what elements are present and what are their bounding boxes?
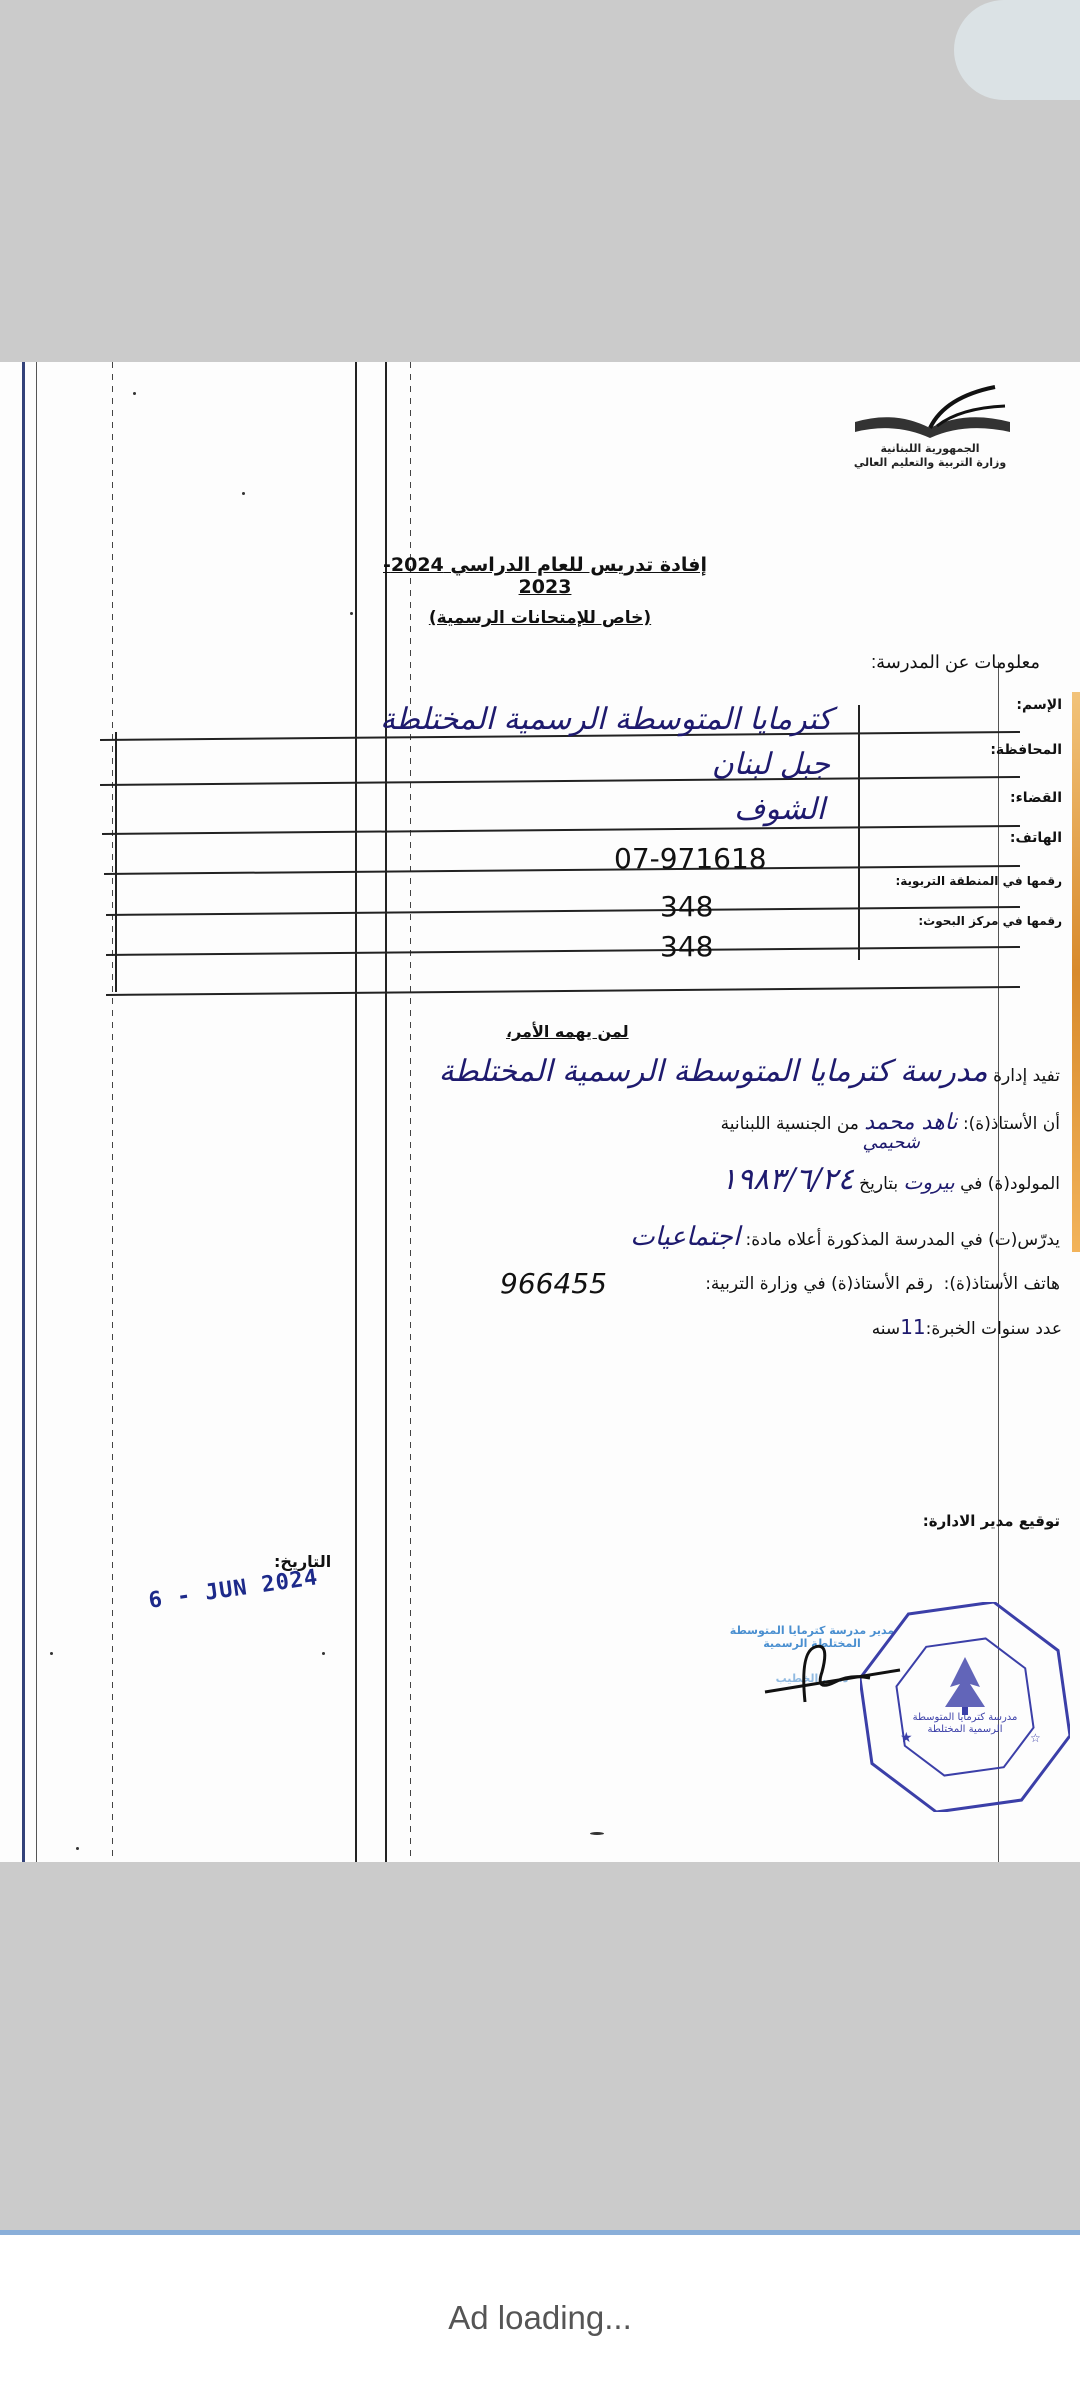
- statement-line-4: يدرّس(ت) في المدرسة المذكورة أعلاه مادة:…: [630, 1222, 1060, 1252]
- statement-line-6: عدد سنوات الخبرة:11سنه: [872, 1315, 1062, 1339]
- table-line: [104, 865, 1020, 875]
- hw-teacher-surname: شحيمي: [862, 1132, 920, 1153]
- open-book-icon: [845, 382, 1015, 442]
- cedar-icon: [945, 1657, 985, 1707]
- to-whom-heading: لمن يهمه الأمر،: [506, 1022, 629, 1041]
- document-subtitle: (خاص للإمتحانات الرسمية): [410, 608, 670, 628]
- stamp-inner-text: مدرسة كترمايا المتوسطة الرسمية المختلطة: [900, 1712, 1030, 1736]
- value-research-center-no: 348: [660, 930, 713, 963]
- hw-subject: اجتماعيات: [630, 1222, 740, 1252]
- value-governorate: جبل لبنان: [712, 747, 830, 782]
- scanned-document: الجمهورية اللبنانية وزارة التربية والتعل…: [0, 362, 1080, 1862]
- signature-label: توقيع مدير الادارة:: [923, 1512, 1060, 1530]
- table-line: [106, 986, 1020, 996]
- value-phone: 07-971618: [614, 842, 767, 875]
- table-divider: [858, 705, 860, 960]
- label-name: الإسم:: [1016, 697, 1062, 713]
- floating-control-pill[interactable]: [954, 0, 1080, 100]
- svg-text:☆: ☆: [1030, 1731, 1041, 1745]
- page-edge-strip: [1072, 692, 1080, 1252]
- label-phone: الهاتف:: [1010, 830, 1062, 846]
- scan-line: [112, 362, 113, 1862]
- value-district: الشوف: [734, 792, 825, 827]
- scan-line: [22, 362, 25, 1862]
- label-research-center-no: رقمها في مركز البحوث:: [918, 914, 1062, 928]
- ad-loading-text: Ad loading...: [448, 2299, 631, 2337]
- table-line: [100, 776, 1020, 786]
- table-line: [106, 946, 1020, 956]
- label-district: القضاء:: [1010, 790, 1062, 806]
- scan-line: [36, 362, 37, 1862]
- value-school-name: كترمايا المتوسطة الرسمية المختلطة: [380, 702, 832, 737]
- ministry-line2: وزارة التربية والتعليم العالي: [840, 456, 1020, 470]
- ad-banner[interactable]: Ad loading...: [0, 2235, 1080, 2400]
- statement-line-5: هاتف الأستاذ(ة): رقم الأستاذ(ة) في وزارة…: [705, 1274, 1060, 1294]
- ministry-logo: الجمهورية اللبنانية وزارة التربية والتعل…: [840, 382, 1020, 492]
- school-info-label: معلومات عن المدرسة:: [871, 652, 1040, 673]
- hw-birthplace: بيروت: [904, 1170, 955, 1194]
- document-title: إفادة تدريس للعام الدراسي 2024-2023: [370, 554, 720, 598]
- label-governorate: المحافظة:: [990, 742, 1062, 758]
- hw-birthdate: ١٩٨٣/٦/٢٤: [721, 1162, 854, 1197]
- hw-ministry-number: 966455: [500, 1267, 607, 1300]
- statement-line-1: تفيد إدارة مدرسة كترمايا المتوسطة الرسمي…: [439, 1054, 1060, 1089]
- ministry-line1: الجمهورية اللبنانية: [840, 442, 1020, 456]
- date-stamp: 6 - JUN 2024: [147, 1565, 320, 1614]
- label-edu-region-no: رقمها في المنطقة التربوية:: [895, 874, 1062, 888]
- table-line: [106, 906, 1020, 916]
- value-edu-region-no: 348: [660, 890, 713, 923]
- statement-line-3: المولود(ة) في بيروت بتاريخ ١٩٨٣/٦/٢٤: [721, 1162, 1060, 1197]
- hw-school: مدرسة كترمايا المتوسطة الرسمية المختلطة: [439, 1054, 988, 1089]
- hw-years: 11: [900, 1315, 925, 1339]
- signature-scribble: [760, 1632, 910, 1712]
- margin-line: [355, 362, 357, 1862]
- table-line: [102, 825, 1020, 835]
